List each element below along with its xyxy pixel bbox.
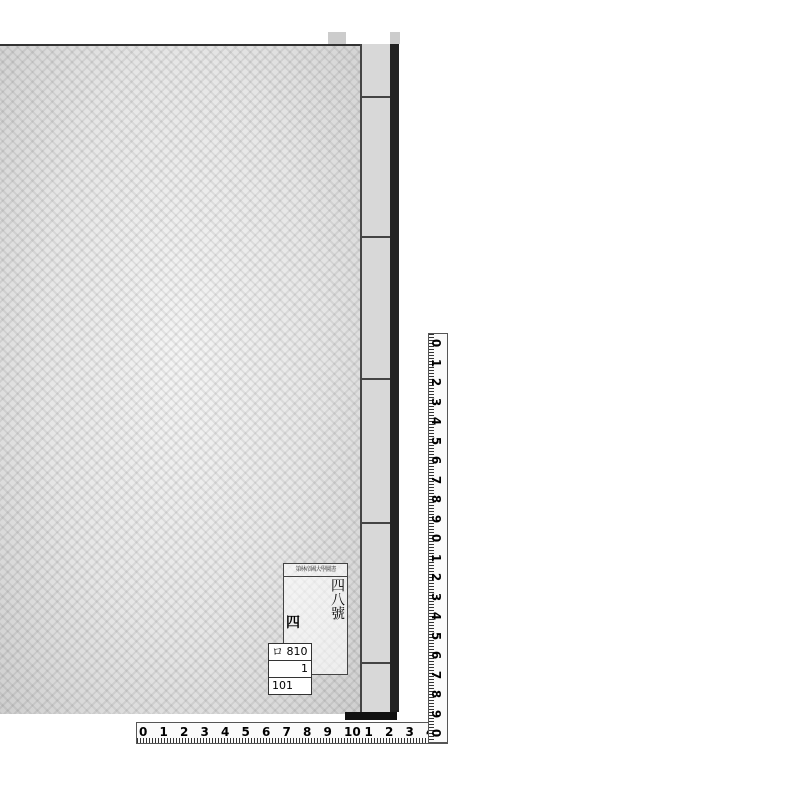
ruler-tick-label: 8 <box>303 725 311 739</box>
ruler-tick-label: 9 <box>324 725 332 739</box>
call-number-3: 101 <box>269 678 311 694</box>
ruler-tick-label: 8 <box>429 495 443 503</box>
ruler-tick-label: 8 <box>429 690 443 698</box>
ruler-tick-label: 7 <box>429 475 443 483</box>
label-volume: 四 <box>286 612 300 632</box>
ruler-tick-label: 0 <box>429 729 443 737</box>
ruler-tick-label: 6 <box>429 456 443 464</box>
bottom-bar <box>345 712 397 720</box>
call-number-1: ロ 810 <box>269 644 311 661</box>
top-tab-right <box>390 32 400 44</box>
ruler-tick-label: 1 <box>429 553 443 561</box>
ruler-tick-label: 5 <box>242 725 250 739</box>
ruler-tick-label: 3 <box>406 725 414 739</box>
vertical-ruler: 012345678901234567890 <box>428 333 448 743</box>
ruler-tick-label: 1 <box>365 725 373 739</box>
ruler-tick-label: 7 <box>429 670 443 678</box>
ruler-tick-label: 4 <box>429 612 443 620</box>
ruler-tick-label: 4 <box>221 725 229 739</box>
ruler-tick-label: 9 <box>429 514 443 522</box>
label-header: 第林帝國大學圖書 <box>284 564 347 577</box>
ruler-tick-label: 2 <box>180 725 188 739</box>
ruler-tick-label: 7 <box>283 725 291 739</box>
ruler-tick-label: 3 <box>429 592 443 600</box>
horizontal-ruler: 0123456789101234 <box>136 722 448 744</box>
ruler-tick-label: 2 <box>429 378 443 386</box>
spine-edge <box>390 44 399 712</box>
ruler-tick-label: 5 <box>429 436 443 444</box>
call-number-2: 1 <box>269 661 311 678</box>
ruler-tick-label: 2 <box>385 725 393 739</box>
ruler-tick-label: 0 <box>429 534 443 542</box>
ruler-tick-label: 3 <box>429 397 443 405</box>
ruler-tick-label: 9 <box>429 709 443 717</box>
top-tab-left <box>328 32 346 44</box>
ruler-tick-label: 2 <box>429 573 443 581</box>
ruler-tick-label: 1 <box>429 358 443 366</box>
ruler-tick-label: 6 <box>262 725 270 739</box>
ruler-tick-label: 0 <box>429 339 443 347</box>
book-spine <box>360 44 393 712</box>
ruler-tick-label: 6 <box>429 651 443 659</box>
ruler-tick-label: 5 <box>429 631 443 639</box>
ruler-tick-label: 3 <box>201 725 209 739</box>
call-number-box: ロ 810 1 101 <box>268 643 312 695</box>
ruler-tick-label: 1 <box>160 725 168 739</box>
label-number: 四八號 <box>316 578 344 620</box>
ruler-tick-label: 0 <box>139 725 147 739</box>
ruler-tick-label: 4 <box>429 417 443 425</box>
ruler-tick-label: 10 <box>344 725 361 739</box>
